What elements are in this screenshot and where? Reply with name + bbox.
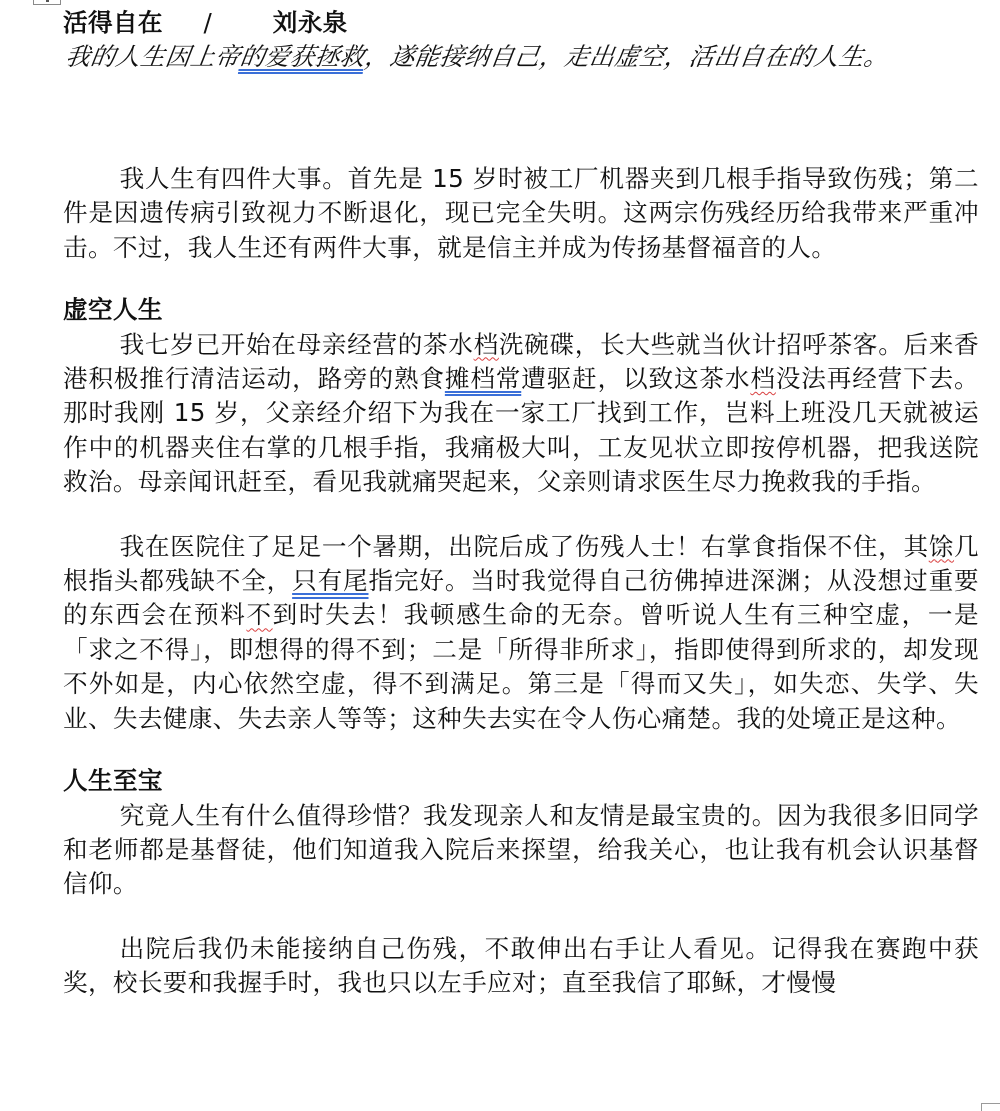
text-run: 遭驱赶，以致这茶水 xyxy=(521,364,750,393)
grammar-flag-text: 的爱获拯救 xyxy=(238,42,367,71)
document-subtitle: 我的人生因上帝的爱获拯救，遂能接纳自己，走出虚空，活出自在的人生。 xyxy=(63,40,984,76)
text-run: 我的人生因上帝 xyxy=(64,42,243,71)
body-paragraph: 出院后我仍未能接纳自己伤残，不敢伸出右手让人看见。记得我在赛跑中获奖，校长要和我… xyxy=(63,932,979,1001)
text-run: 我七岁已开始在母亲经营的茶水 xyxy=(120,330,474,359)
document-page: 活得自在/刘永泉 我的人生因上帝的爱获拯救，遂能接纳自己，走出虚空，活出自在的人… xyxy=(0,0,1000,1111)
grammar-flag-text: 只有尾 xyxy=(292,566,368,595)
spelling-flag-text: 档 xyxy=(474,330,499,359)
author-name: 刘永泉 xyxy=(273,6,348,40)
document-title: 活得自在 xyxy=(63,8,163,37)
spacer xyxy=(63,500,979,530)
grammar-flag-text: 摊档常 xyxy=(445,364,521,393)
body-paragraph: 我人生有四件大事。首先是 15 岁时被工厂机器夹到几根手指导致伤残；第二件是因遗… xyxy=(63,162,979,265)
document-title-line: 活得自在/刘永泉 xyxy=(63,6,979,40)
spelling-flag-text: 馀 xyxy=(929,532,954,561)
text-run: 究竟人生有什么值得珍惜？我发现亲人和友情是最宝贵的。因为我很多旧同学和老师都是基… xyxy=(63,801,979,899)
page-corner-mark xyxy=(981,1103,1000,1111)
title-separator: / xyxy=(163,6,253,40)
document-body[interactable]: 活得自在/刘永泉 我的人生因上帝的爱获拯救，遂能接纳自己，走出虚空，活出自在的人… xyxy=(63,6,979,1001)
spacer xyxy=(63,265,979,293)
text-run: 我在医院住了足足一个暑期，出院后成了伤残人士！右掌食指保不住，其 xyxy=(120,532,929,561)
sections-container: 我人生有四件大事。首先是 15 岁时被工厂机器夹到几根手指导致伤残；第二件是因遗… xyxy=(63,162,979,1001)
section-heading: 人生至宝 xyxy=(63,764,979,798)
text-run: 出院后我仍未能接纳自己伤残，不敢伸出右手让人看见。记得我在赛跑中获奖，校长要和我… xyxy=(63,934,979,997)
spacer xyxy=(63,736,979,764)
section-heading: 虚空人生 xyxy=(63,293,979,327)
spacer xyxy=(63,902,979,932)
spelling-flag-text: 不 xyxy=(246,600,272,629)
text-run: 我人生有四件大事。首先是 15 岁时被工厂机器夹到几根手指导致伤残；第二件是因遗… xyxy=(63,164,979,262)
spacer xyxy=(63,76,979,162)
anchor-handle-icon[interactable] xyxy=(33,0,61,5)
body-paragraph: 我在医院住了足足一个暑期，出院后成了伤残人士！右掌食指保不住，其馀几根指头都残缺… xyxy=(63,530,979,736)
text-run: ，遂能接纳自己，走出虚空，活出自在的人生。 xyxy=(363,42,891,71)
spelling-flag-text: 档 xyxy=(750,364,775,393)
body-paragraph: 究竟人生有什么值得珍惜？我发现亲人和友情是最宝贵的。因为我很多旧同学和老师都是基… xyxy=(63,799,979,902)
body-paragraph: 我七岁已开始在母亲经营的茶水档洗碗碟，长大些就当伙计招呼茶客。后来香港积极推行清… xyxy=(63,328,979,500)
